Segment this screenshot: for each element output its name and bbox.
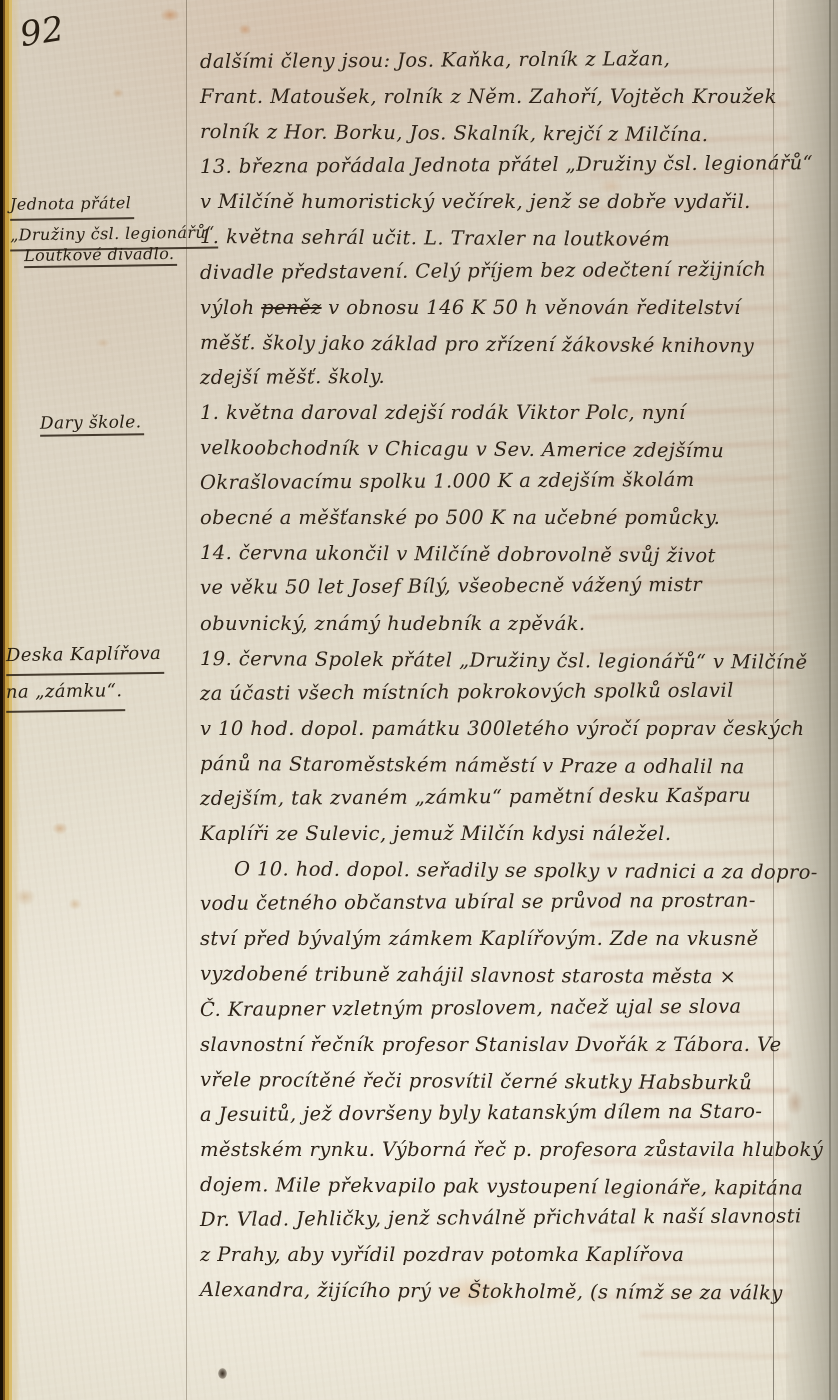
struck-word: peněz <box>261 296 321 319</box>
margin-note-line: Jednota přátel <box>10 189 135 221</box>
margin-note-line: Loutkové divadlo. <box>24 244 178 268</box>
margin-note-dary-skole: Dary škole. <box>40 413 144 436</box>
text-line: vodu četného občanstva ubíral se průvod … <box>200 883 800 922</box>
text-line: Kaplíři ze Sulevic, jemuž Milčín kdysi n… <box>200 816 800 851</box>
text-line: v Milčíně humoristický večírek, jenž se … <box>200 184 800 219</box>
manuscript-page: 92 Jednota přátel „Družiny čsl. legionář… <box>0 0 838 1400</box>
text-line: Č. Kraupner vzletným proslovem, načež uj… <box>200 988 800 1027</box>
main-text: dalšími členy jsou: Jos. Kaňka, rolník z… <box>200 44 800 1307</box>
margin-note-deska-kaplirova: Deska Kaplířova na „zámku“. <box>6 638 164 712</box>
text-line: divadle představení. Celý příjem bez ode… <box>200 251 800 290</box>
margin-note-line: na „zámku“. <box>6 674 126 713</box>
text-segment: výloh <box>200 296 261 319</box>
text-line: výloh peněz v obnosu 146 K 50 h věnován … <box>200 290 800 325</box>
text-line: 1. května daroval zdejší rodák Viktor Po… <box>200 395 800 430</box>
text-line: Alexandra, žijícího prý ve Štokholmě, (s… <box>200 1272 800 1311</box>
text-line: zdejší měšť. školy. <box>200 356 800 395</box>
margin-note-loutkove-divadlo: Loutkové divadlo. <box>24 245 177 267</box>
text-line: 13. března pořádala Jednota přátel „Druž… <box>200 146 800 185</box>
text-line: obuvnický, známý hudebník a zpěvák. <box>200 606 800 641</box>
text-line: zdejším, tak zvaném „zámku“ pamětní desk… <box>200 777 800 816</box>
text-line: ve věku 50 let Josef Bílý, všeobecně váž… <box>200 567 800 606</box>
margin-note-line: Dary škole. <box>40 412 145 436</box>
text-line: v 10 hod. dopol. památku 300letého výroč… <box>200 711 800 746</box>
page-number: 92 <box>17 9 67 55</box>
text-line: z Prahy, aby vyřídil pozdrav potomka Kap… <box>200 1237 800 1272</box>
text-line: dalšími členy jsou: Jos. Kaňka, rolník z… <box>200 40 800 79</box>
margin-note-line: Deska Kaplířova <box>6 637 165 676</box>
page-edge-line <box>829 0 831 1400</box>
text-line: slavnostní řečník profesor Stanislav Dvo… <box>200 1027 800 1062</box>
text-line: obecné a měšťanské po 500 K na učebné po… <box>200 500 800 535</box>
text-line: Frant. Matoušek, rolník z Něm. Zahoří, V… <box>200 79 800 114</box>
text-line: za účasti všech místních pokrokových spo… <box>200 672 800 711</box>
text-line: Okrašlovacímu spolku 1.000 K a zdejším š… <box>200 461 800 500</box>
text-line: ství před bývalým zámkem Kaplířovým. Zde… <box>200 921 800 956</box>
text-line: a Jesuitů, jež dovršeny byly katanským d… <box>200 1093 800 1132</box>
margin-note-jednota-pratel: Jednota přátel „Družiny čsl. legionářů“ <box>10 190 218 250</box>
text-line: městském rynku. Výborná řeč p. profesora… <box>200 1132 800 1167</box>
text-segment: v obnosu 146 K 50 h věnován ředitelství <box>322 296 741 319</box>
text-line: Dr. Vlad. Jehličky, jenž schválně přichv… <box>200 1198 800 1237</box>
